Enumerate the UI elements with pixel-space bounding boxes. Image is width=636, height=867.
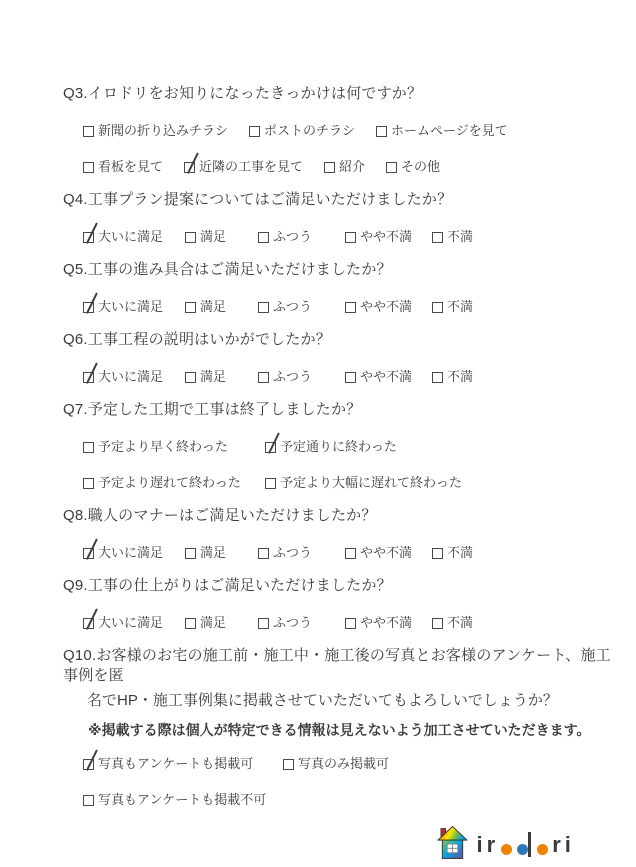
question-head: Q4.工事プラン提案についてはご満足いただけましたか？ xyxy=(63,190,623,210)
question-q5: Q5.工事の進み具合はご満足いただけましたか？大いに満足満足ふつうやや不満不満 xyxy=(63,260,623,317)
checkbox-option[interactable]: やや不満 xyxy=(345,543,432,563)
checkbox-option[interactable]: 満足 xyxy=(185,367,258,387)
option-label: 不満 xyxy=(447,367,473,387)
checkbox-checked[interactable] xyxy=(83,548,94,559)
checkbox-unchecked[interactable] xyxy=(258,618,269,629)
logo-letter-i: i xyxy=(563,833,573,857)
checkmark-icon xyxy=(268,432,280,454)
question-title: Q9.工事の仕上がりはご満足いただけましたか？ xyxy=(63,576,623,596)
checkbox-option[interactable]: 近隣の工事を見て xyxy=(184,157,303,177)
checkbox-unchecked[interactable] xyxy=(185,232,196,243)
option-row: 予定より早く終わった予定通りに終わった xyxy=(63,437,623,457)
checkbox-unchecked[interactable] xyxy=(432,372,443,383)
option-label: 写真もアンケートも掲載不可 xyxy=(98,790,266,810)
option-label: 写真もアンケートも掲載可 xyxy=(98,754,253,774)
checkbox-unchecked[interactable] xyxy=(283,759,294,770)
option-label: やや不満 xyxy=(360,297,412,317)
checkbox-option[interactable]: ふつう xyxy=(258,543,345,563)
option-label: 新聞の折り込みチラシ xyxy=(98,121,228,141)
option-label: 予定より大幅に遅れて終わった xyxy=(280,473,462,493)
checkbox-unchecked[interactable] xyxy=(258,302,269,313)
option-label: 予定より早く終わった xyxy=(98,437,228,457)
checkmark-icon xyxy=(86,538,98,560)
checkbox-option[interactable]: 不満 xyxy=(432,543,473,563)
checkbox-unchecked[interactable] xyxy=(249,126,260,137)
option-label: 予定より遅れて終わった xyxy=(98,473,241,493)
option-label: 満足 xyxy=(200,367,226,387)
logo-letter-i: i xyxy=(475,833,485,857)
option-label: 不満 xyxy=(447,613,473,633)
checkbox-option[interactable]: 大いに満足 xyxy=(83,227,185,247)
option-label: その他 xyxy=(401,157,440,177)
checkbox-unchecked[interactable] xyxy=(345,232,356,243)
checkbox-option[interactable]: やや不満 xyxy=(345,227,432,247)
question-q7: Q7.予定した工期で工事は終了しましたか？予定より早く終わった予定通りに終わった… xyxy=(63,400,623,493)
checkbox-option[interactable]: 満足 xyxy=(185,613,258,633)
checkbox-unchecked[interactable] xyxy=(376,126,387,137)
checkmark-icon xyxy=(86,608,98,630)
question-head: Q10.お客様のお宅の施工前・施工中・施工後の写真とお客様のアンケート、施工事例… xyxy=(63,646,623,711)
checkbox-unchecked[interactable] xyxy=(258,548,269,559)
checkbox-option[interactable]: 予定より大幅に遅れて終わった xyxy=(265,473,462,493)
checkbox-unchecked[interactable] xyxy=(83,442,94,453)
option-row: 大いに満足満足ふつうやや不満不満 xyxy=(63,543,623,563)
logo-letter-d xyxy=(517,832,532,857)
checkbox-option[interactable]: 紹介 xyxy=(324,157,365,177)
logo-letter-o-dot xyxy=(537,844,548,855)
checkbox-option[interactable]: 大いに満足 xyxy=(83,613,185,633)
option-label: やや不満 xyxy=(360,367,412,387)
checkbox-checked[interactable] xyxy=(83,618,94,629)
option-row: 新聞の折り込みチラシポストのチラシホームページを見て xyxy=(63,121,623,141)
checkbox-option[interactable]: ふつう xyxy=(258,613,345,633)
checkbox-option[interactable]: 大いに満足 xyxy=(83,297,185,317)
question-q3: Q3.イロドリをお知りになったきっかけは何ですか？新聞の折り込みチラシポストのチ… xyxy=(63,84,623,177)
option-label: 大いに満足 xyxy=(98,367,163,387)
checkbox-checked[interactable] xyxy=(83,302,94,313)
checkbox-unchecked[interactable] xyxy=(345,302,356,313)
logo-d-stem xyxy=(528,832,531,857)
logo-letter-r: r xyxy=(485,833,498,857)
checkbox-unchecked[interactable] xyxy=(432,302,443,313)
checkbox-option[interactable]: 不満 xyxy=(432,227,473,247)
checkbox-option[interactable]: 満足 xyxy=(185,227,258,247)
question-q4: Q4.工事プラン提案についてはご満足いただけましたか？大いに満足満足ふつうやや不… xyxy=(63,190,623,247)
option-label: 満足 xyxy=(200,297,226,317)
rainbow-house-icon xyxy=(437,824,468,862)
checkmark-icon xyxy=(86,749,98,771)
option-label: やや不満 xyxy=(360,543,412,563)
question-title: Q10.お客様のお宅の施工前・施工中・施工後の写真とお客様のアンケート、施工事例… xyxy=(63,646,623,686)
checkbox-unchecked[interactable] xyxy=(345,618,356,629)
option-label: 写真のみ掲載可 xyxy=(298,754,389,774)
survey-form: Q3.イロドリをお知りになったきっかけは何ですか？新聞の折り込みチラシポストのチ… xyxy=(63,84,623,823)
checkbox-unchecked[interactable] xyxy=(83,126,94,137)
option-label: 大いに満足 xyxy=(98,227,163,247)
option-label: ふつう xyxy=(273,297,312,317)
option-label: 大いに満足 xyxy=(98,613,163,633)
checkbox-option[interactable]: 写真もアンケートも掲載可 xyxy=(83,754,283,774)
checkbox-unchecked[interactable] xyxy=(432,548,443,559)
option-label: 不満 xyxy=(447,227,473,247)
option-row: 写真もアンケートも掲載可写真のみ掲載可 xyxy=(63,754,623,774)
option-label: やや不満 xyxy=(360,227,412,247)
checkbox-checked[interactable] xyxy=(83,759,94,770)
checkbox-option[interactable]: 満足 xyxy=(185,297,258,317)
question-note: ※掲載する際は個人が特定できる情報は見えないよう加工させていただきます。 xyxy=(63,720,623,740)
checkbox-option[interactable]: 予定より早く終わった xyxy=(83,437,265,457)
irodori-logo-text: irri xyxy=(475,830,573,857)
checkbox-unchecked[interactable] xyxy=(432,618,443,629)
checkbox-unchecked[interactable] xyxy=(83,478,94,489)
checkbox-checked[interactable] xyxy=(265,442,276,453)
checkbox-option[interactable]: ふつう xyxy=(258,367,345,387)
option-label: やや不満 xyxy=(360,613,412,633)
option-label: 満足 xyxy=(200,613,226,633)
question-title: Q6.工事工程の説明はいかがでしたか？ xyxy=(63,330,623,350)
question-title: Q5.工事の進み具合はご満足いただけましたか？ xyxy=(63,260,623,280)
question-head: Q5.工事の進み具合はご満足いただけましたか？ xyxy=(63,260,623,280)
checkbox-option[interactable]: ポストのチラシ xyxy=(249,121,355,141)
checkbox-option[interactable]: ホームページを見て xyxy=(376,121,508,141)
logo-letter-o-dot xyxy=(501,844,512,855)
option-label: 近隣の工事を見て xyxy=(199,157,303,177)
checkbox-unchecked[interactable] xyxy=(258,232,269,243)
checkmark-icon xyxy=(187,152,199,174)
option-label: 大いに満足 xyxy=(98,297,163,317)
checkbox-option[interactable]: ふつう xyxy=(258,227,345,247)
checkbox-unchecked[interactable] xyxy=(258,372,269,383)
option-label: ふつう xyxy=(273,613,312,633)
option-row: 大いに満足満足ふつうやや不満不満 xyxy=(63,227,623,247)
question-head: Q8.職人のマナーはご満足いただけましたか？ xyxy=(63,506,623,526)
option-row: 大いに満足満足ふつうやや不満不満 xyxy=(63,297,623,317)
option-label: ふつう xyxy=(273,227,312,247)
logo-letter-r: r xyxy=(551,833,564,857)
question-head: Q9.工事の仕上がりはご満足いただけましたか？ xyxy=(63,576,623,596)
checkbox-unchecked[interactable] xyxy=(185,618,196,629)
question-title: Q3.イロドリをお知りになったきっかけは何ですか？ xyxy=(63,84,623,104)
survey-page: Q3.イロドリをお知りになったきっかけは何ですか？新聞の折り込みチラシポストのチ… xyxy=(0,0,636,867)
checkbox-option[interactable]: 写真もアンケートも掲載不可 xyxy=(83,790,283,810)
checkbox-unchecked[interactable] xyxy=(386,162,397,173)
question-head: Q7.予定した工期で工事は終了しましたか？ xyxy=(63,400,623,420)
checkbox-unchecked[interactable] xyxy=(345,548,356,559)
question-title: Q8.職人のマナーはご満足いただけましたか？ xyxy=(63,506,623,526)
checkbox-option[interactable]: 大いに満足 xyxy=(83,543,185,563)
option-row: 大いに満足満足ふつうやや不満不満 xyxy=(63,613,623,633)
question-title-line2: 名でHP・施工事例集に掲載させていただいてもよろしいでしょうか？ xyxy=(63,691,623,711)
checkmark-icon xyxy=(86,362,98,384)
checkbox-option[interactable]: 不満 xyxy=(432,367,473,387)
checkbox-option[interactable]: 大いに満足 xyxy=(83,367,185,387)
option-label: 看板を見て xyxy=(98,157,163,177)
checkbox-unchecked[interactable] xyxy=(432,232,443,243)
option-label: 不満 xyxy=(447,297,473,317)
question-head: Q6.工事工程の説明はいかがでしたか？ xyxy=(63,330,623,350)
question-title: Q4.工事プラン提案についてはご満足いただけましたか？ xyxy=(63,190,623,210)
option-label: ホームページを見て xyxy=(391,121,508,141)
checkbox-unchecked[interactable] xyxy=(185,302,196,313)
checkbox-unchecked[interactable] xyxy=(345,372,356,383)
option-label: 満足 xyxy=(200,227,226,247)
checkbox-option[interactable]: やや不満 xyxy=(345,297,432,317)
option-row: 予定より遅れて終わった予定より大幅に遅れて終わった xyxy=(63,473,623,493)
checkmark-icon xyxy=(86,292,98,314)
question-head: Q3.イロドリをお知りになったきっかけは何ですか？ xyxy=(63,84,623,104)
checkbox-option[interactable]: 予定通りに終わった xyxy=(265,437,397,457)
checkbox-unchecked[interactable] xyxy=(265,478,276,489)
option-row: 看板を見て近隣の工事を見て紹介その他 xyxy=(63,157,623,177)
option-label: 大いに満足 xyxy=(98,543,163,563)
option-label: 不満 xyxy=(447,543,473,563)
option-label: ふつう xyxy=(273,543,312,563)
checkbox-unchecked[interactable] xyxy=(83,162,94,173)
option-label: ふつう xyxy=(273,367,312,387)
checkbox-checked[interactable] xyxy=(83,232,94,243)
checkbox-unchecked[interactable] xyxy=(324,162,335,173)
logo-d-bowl xyxy=(517,844,528,855)
option-label: 満足 xyxy=(200,543,226,563)
checkbox-unchecked[interactable] xyxy=(83,795,94,806)
option-row: 大いに満足満足ふつうやや不満不満 xyxy=(63,367,623,387)
option-label: 紹介 xyxy=(339,157,365,177)
option-label: 予定通りに終わった xyxy=(280,437,397,457)
question-q9: Q9.工事の仕上がりはご満足いただけましたか？大いに満足満足ふつうやや不満不満 xyxy=(63,576,623,633)
checkmark-icon xyxy=(86,222,98,244)
question-q6: Q6.工事工程の説明はいかがでしたか？大いに満足満足ふつうやや不満不満 xyxy=(63,330,623,387)
checkbox-option[interactable]: 不満 xyxy=(432,297,473,317)
irodori-logo: irri xyxy=(437,824,573,862)
option-label: ポストのチラシ xyxy=(264,121,355,141)
checkbox-unchecked[interactable] xyxy=(185,548,196,559)
checkbox-checked[interactable] xyxy=(83,372,94,383)
checkbox-option[interactable]: やや不満 xyxy=(345,613,432,633)
checkbox-option[interactable]: その他 xyxy=(386,157,440,177)
question-q10: Q10.お客様のお宅の施工前・施工中・施工後の写真とお客様のアンケート、施工事例… xyxy=(63,646,623,810)
checkbox-option[interactable]: ふつう xyxy=(258,297,345,317)
house-window-icon xyxy=(447,844,458,853)
checkbox-option[interactable]: 看板を見て xyxy=(83,157,163,177)
checkbox-option[interactable]: やや不満 xyxy=(345,367,432,387)
checkbox-option[interactable]: 新聞の折り込みチラシ xyxy=(83,121,228,141)
checkbox-option[interactable]: 写真のみ掲載可 xyxy=(283,754,389,774)
checkbox-option[interactable]: 満足 xyxy=(185,543,258,563)
checkbox-option[interactable]: 不満 xyxy=(432,613,473,633)
checkbox-checked[interactable] xyxy=(184,162,195,173)
question-title: Q7.予定した工期で工事は終了しましたか？ xyxy=(63,400,623,420)
option-row: 写真もアンケートも掲載不可 xyxy=(63,790,623,810)
checkbox-option[interactable]: 予定より遅れて終わった xyxy=(83,473,265,493)
checkbox-unchecked[interactable] xyxy=(185,372,196,383)
question-q8: Q8.職人のマナーはご満足いただけましたか？大いに満足満足ふつうやや不満不満 xyxy=(63,506,623,563)
